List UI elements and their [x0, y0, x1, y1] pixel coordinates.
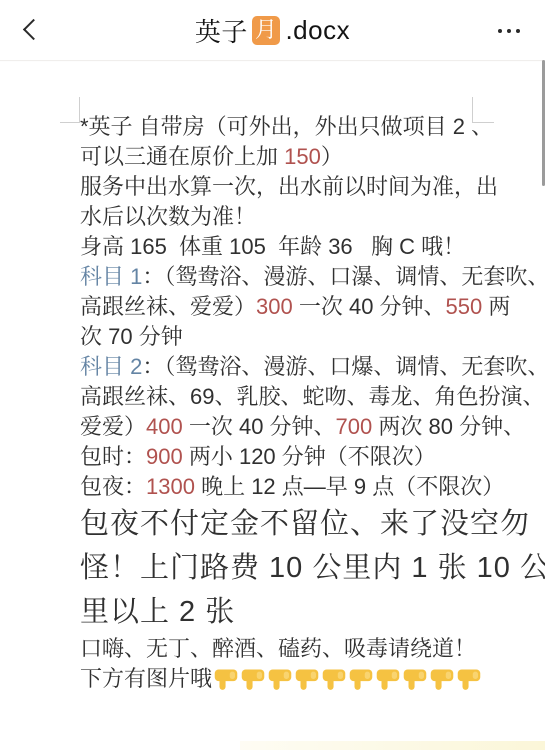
pointing-down-emoji [402, 666, 428, 700]
text-segment: 高跟丝袜、爱爱） [80, 294, 256, 319]
doc-text: *英子 自带房（可外出，外出只做项目 2 、可以三通在原价上加 150）服务中出… [80, 112, 494, 700]
title-text-prefix: 英子 [195, 12, 248, 49]
text-segment: 怪！上门路费 10 公里内 1 张 10 公 [80, 552, 545, 584]
doc-line: 可以三通在原价上加 150） [80, 142, 494, 172]
doc-line: 怪！上门路费 10 公里内 1 张 10 公 [80, 546, 494, 590]
text-segment: 服务中出水算一次，出水前以时间为准，出 [80, 174, 498, 199]
next-image-peek [240, 741, 545, 750]
text-segment: 身高 165 体重 105 年龄 36 胸 C 哦！ [80, 234, 465, 259]
text-segment: 900 [146, 444, 183, 469]
text-segment: 两小 120 分钟（不限次） [183, 444, 436, 469]
text-segment: ：（鸳鸯浴、漫游、口爆、调情、无套吹、 [142, 354, 545, 379]
text-segment: 550 [446, 294, 483, 319]
doc-line: *英子 自带房（可外出，外出只做项目 2 、 [80, 112, 494, 142]
text-segment: 次 70 分钟 [80, 324, 183, 349]
text-segment: *英子 自带房（可外出，外出只做项目 2 、 [80, 114, 493, 139]
text-segment: 300 [256, 294, 293, 319]
ellipsis-icon [498, 29, 503, 34]
pointing-down-emoji [321, 666, 347, 700]
text-segment: 150 [284, 144, 321, 169]
text-boundary-mark-left [60, 97, 80, 123]
doc-line: 包时：900 两小 120 分钟（不限次） [80, 442, 494, 472]
text-segment: 爱爱） [80, 414, 146, 439]
doc-line: 服务中出水算一次，出水前以时间为准，出 [80, 172, 494, 202]
text-segment: 高跟丝袜、69、乳胶、蛇吻、毒龙、角色扮演、 [80, 384, 544, 409]
pointing-down-emoji [240, 666, 266, 700]
text-segment: 包时： [80, 444, 146, 469]
text-segment: ） [321, 144, 343, 169]
text-segment: 晚上 12 点—早 9 点（不限次） [195, 474, 504, 499]
doc-line: 里以上 2 张 [80, 590, 494, 634]
text-segment: 1300 [146, 474, 195, 499]
text-segment: 一次 40 分钟、 [183, 414, 336, 439]
pointing-down-emoji [267, 666, 293, 700]
text-segment: 两 [482, 294, 510, 319]
chevron-left-icon [23, 19, 44, 40]
text-segment: 口嗨、无丁、醉酒、磕药、吸毒请绕道！ [80, 636, 476, 661]
pointing-down-emoji [294, 666, 320, 700]
doc-line: 包夜：1300 晚上 12 点—早 9 点（不限次） [80, 472, 494, 502]
text-segment: 水后以次数为准！ [80, 204, 256, 229]
text-segment: 包夜不付定金不留位、来了没空勿 [80, 508, 530, 540]
pointing-down-emoji [456, 666, 482, 700]
text-segment: 两次 80 分钟、 [372, 414, 525, 439]
doc-line: 科目 2：（鸳鸯浴、漫游、口爆、调情、无套吹、 [80, 352, 494, 382]
month-emoji-badge: 月 [252, 16, 281, 45]
text-segment: 400 [146, 414, 183, 439]
doc-line: 高跟丝袜、爱爱）300 一次 40 分钟、550 两 [80, 292, 494, 322]
doc-line: 包夜不付定金不留位、来了没空勿 [80, 502, 494, 546]
doc-line: 高跟丝袜、69、乳胶、蛇吻、毒龙、角色扮演、 [80, 382, 494, 412]
doc-line: 口嗨、无丁、醉酒、磕药、吸毒请绕道！ [80, 634, 494, 664]
doc-line: 爱爱）400 一次 40 分钟、700 两次 80 分钟、 [80, 412, 494, 442]
back-button[interactable] [18, 14, 52, 48]
doc-line: 水后以次数为准！ [80, 202, 494, 232]
doc-line: 次 70 分钟 [80, 322, 494, 352]
pointing-down-emoji [375, 666, 401, 700]
text-segment: 包夜： [80, 474, 146, 499]
doc-line: 身高 165 体重 105 年龄 36 胸 C 哦！ [80, 232, 494, 262]
title-text-suffix: .docx [285, 15, 350, 46]
text-segment: 700 [336, 414, 373, 439]
app-header: 英子 月 .docx [0, 0, 545, 61]
text-segment: ：（鸳鸯浴、漫游、口瀑、调情、无套吹、 [142, 264, 545, 289]
text-segment: 科目 2 [80, 354, 142, 379]
text-segment: 科目 1 [80, 264, 142, 289]
text-segment: 一次 40 分钟、 [293, 294, 446, 319]
document-title: 英子 月 .docx [195, 12, 350, 49]
doc-line: 科目 1：（鸳鸯浴、漫游、口瀑、调情、无套吹、 [80, 262, 494, 292]
pointing-down-emoji [429, 666, 455, 700]
pointing-down-emoji [348, 666, 374, 700]
text-segment: 可以三通在原价上加 [80, 144, 284, 169]
doc-line: 下方有图片哦 [80, 664, 494, 700]
pointing-down-emoji [213, 666, 239, 700]
document-page: *英子 自带房（可外出，外出只做项目 2 、可以三通在原价上加 150）服务中出… [0, 62, 545, 750]
more-options-button[interactable] [489, 20, 529, 42]
text-segment: 里以上 2 张 [80, 596, 235, 628]
text-segment: 下方有图片哦 [80, 666, 212, 691]
ellipsis-icon [516, 29, 521, 34]
ellipsis-icon [507, 29, 512, 34]
